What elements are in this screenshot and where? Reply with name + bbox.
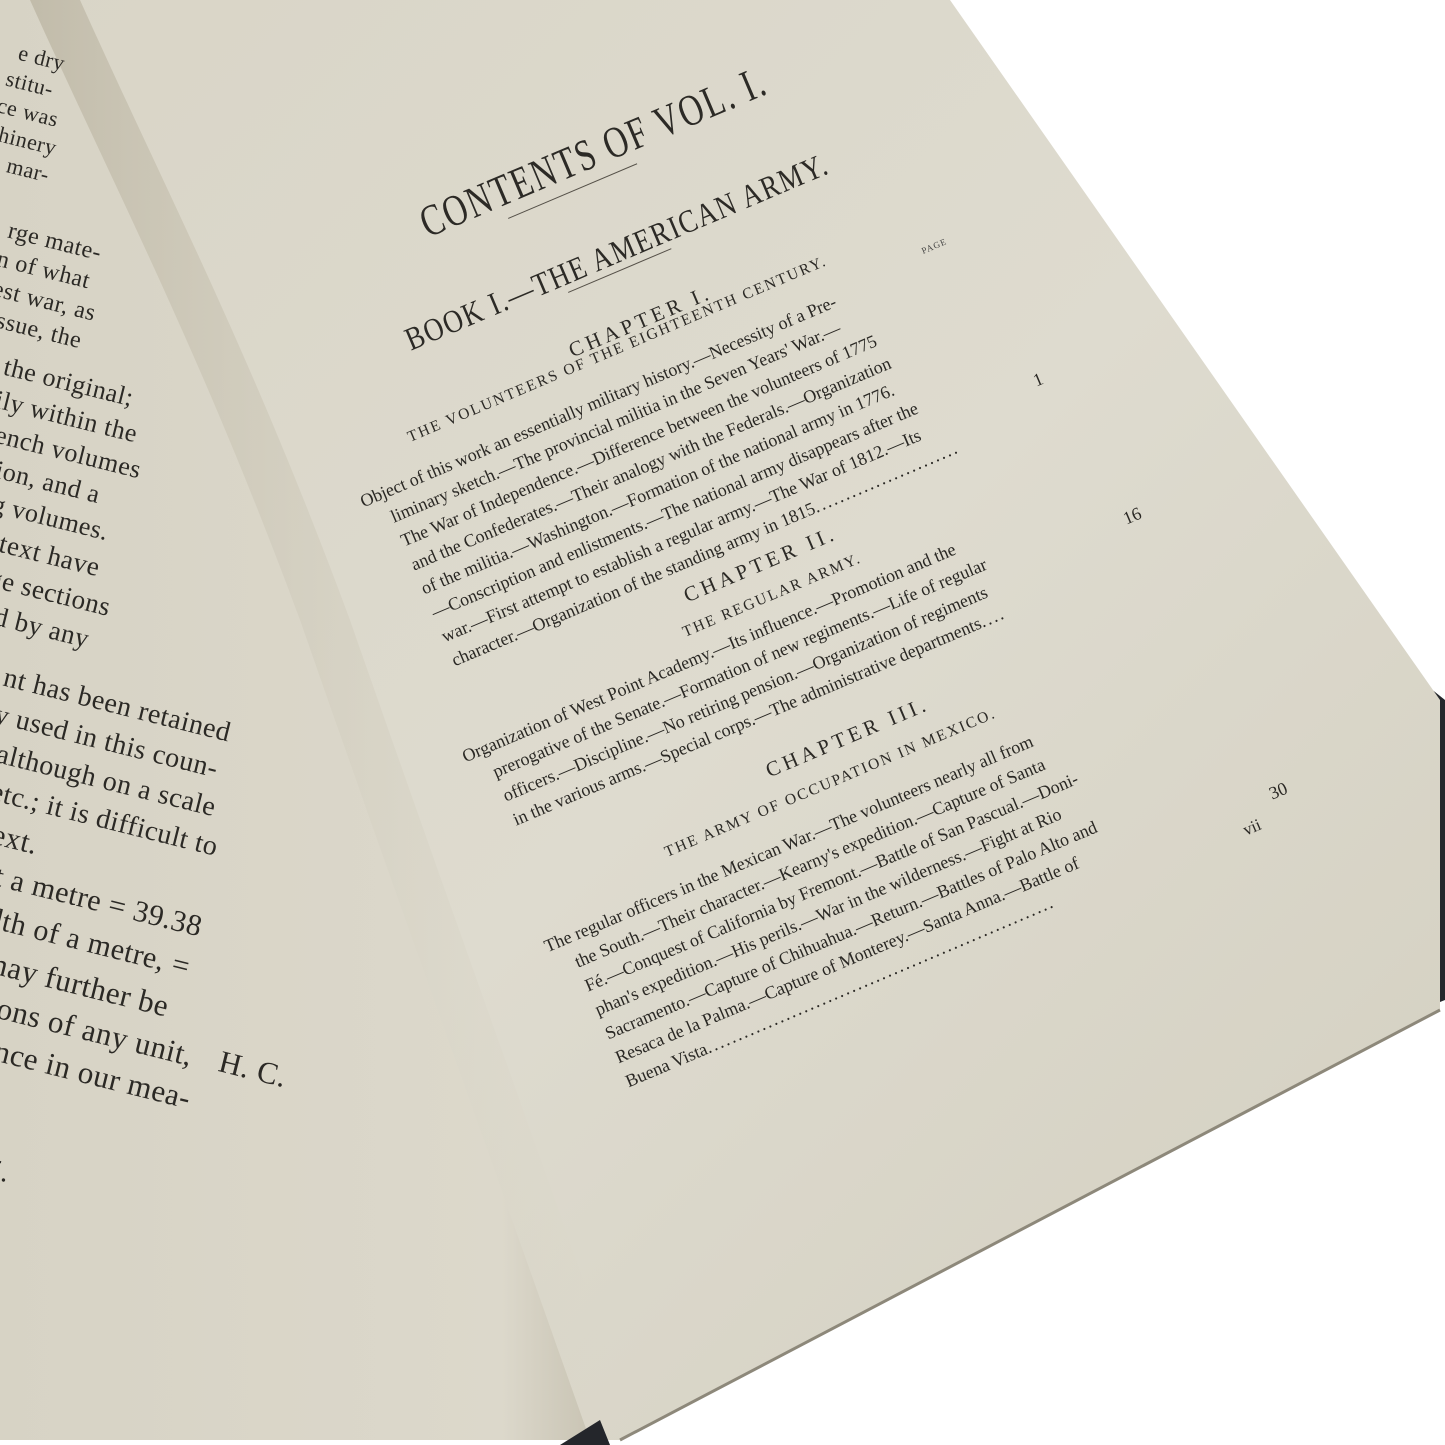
book-photo: e dry stitu- ce was chinery he mar- rge … bbox=[0, 0, 1445, 1445]
